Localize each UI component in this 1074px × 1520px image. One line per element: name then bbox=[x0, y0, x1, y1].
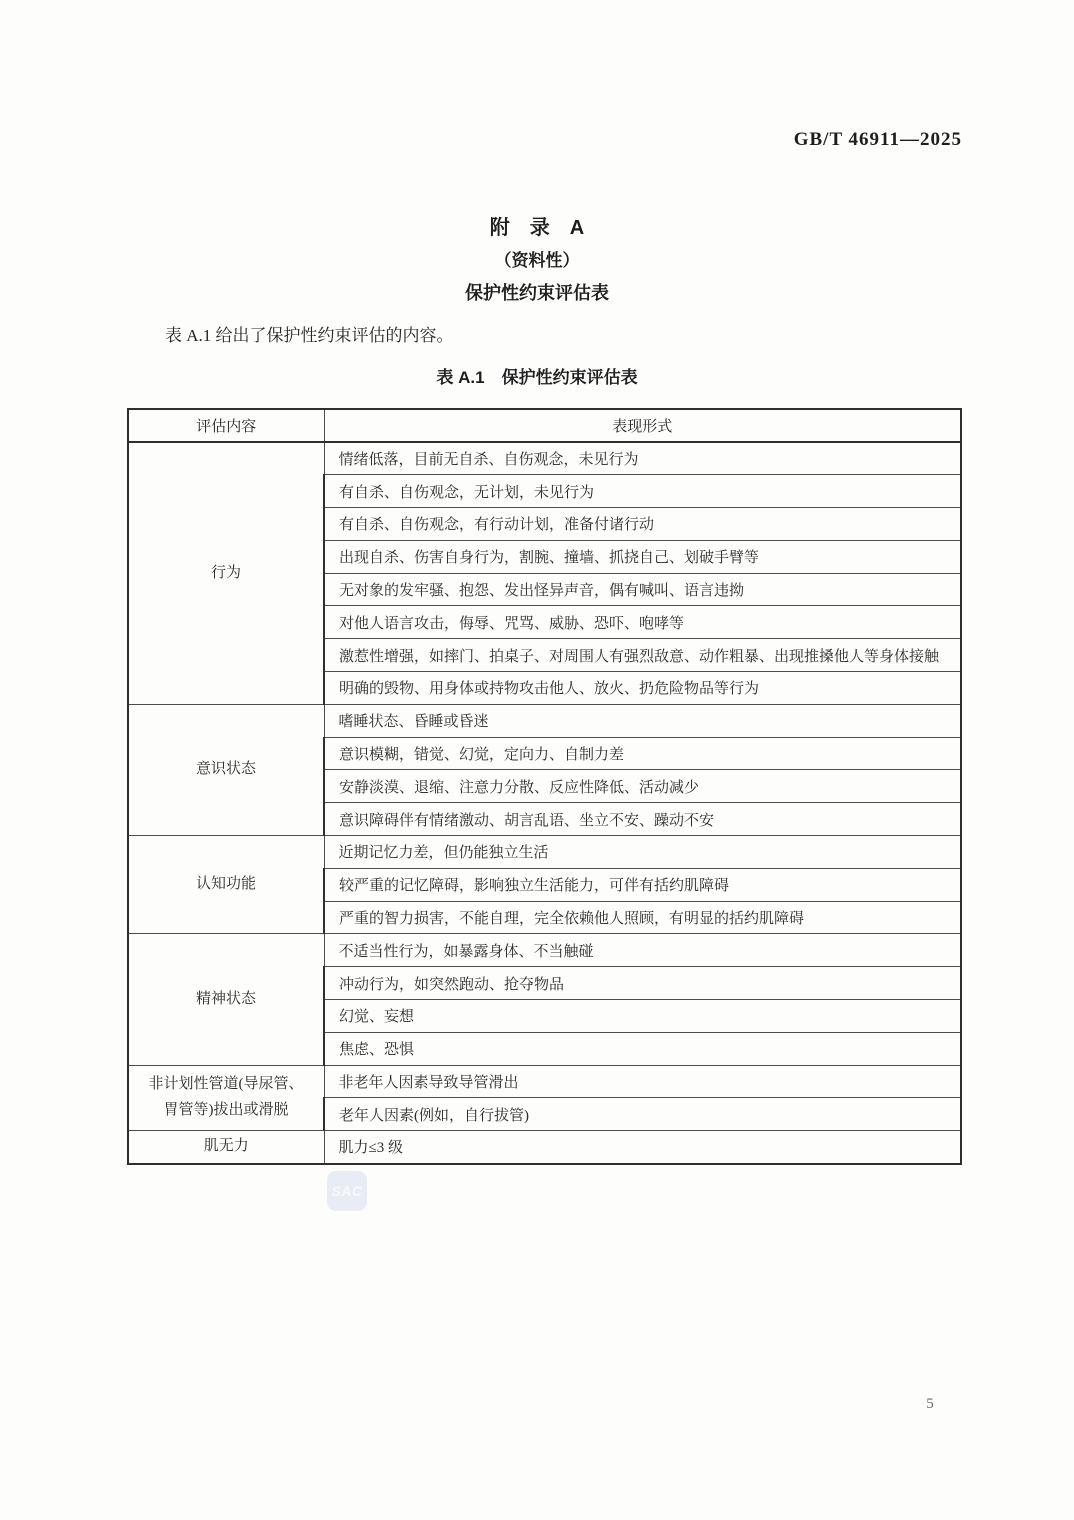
manifestation-cell: 明确的毁物、用身体或持物攻击他人、放火、扔危险物品等行为 bbox=[324, 672, 961, 705]
manifestation-cell: 老年人因素(例如，自行拔管) bbox=[324, 1098, 961, 1131]
category-cell: 非计划性管道(导尿管、胃管等)拔出或滑脱 bbox=[128, 1065, 324, 1131]
manifestation-cell: 有自杀、自伤观念，无计划，未见行为 bbox=[324, 475, 961, 508]
manifestation-cell: 嗜睡状态、昏睡或昏迷 bbox=[324, 704, 961, 737]
document-page: GB/T 46911—2025 附 录 A （资料性） 保护性约束评估表 表 A… bbox=[0, 0, 1074, 1520]
manifestation-cell: 意识障碍伴有情绪激动、胡言乱语、坐立不安、躁动不安 bbox=[324, 803, 961, 836]
table-row: 精神状态不适当性行为，如暴露身体、不当触碰 bbox=[128, 934, 961, 967]
manifestation-cell: 焦虑、恐惧 bbox=[324, 1032, 961, 1065]
col-header-assessment-content: 评估内容 bbox=[128, 409, 324, 442]
col-header-manifestation: 表现形式 bbox=[324, 409, 961, 442]
table-row: 意识状态嗜睡状态、昏睡或昏迷 bbox=[128, 704, 961, 737]
manifestation-cell: 非老年人因素导致导管滑出 bbox=[324, 1065, 961, 1098]
category-cell: 认知功能 bbox=[128, 836, 324, 934]
manifestation-cell: 近期记忆力差，但仍能独立生活 bbox=[324, 836, 961, 869]
manifestation-cell: 情绪低落，目前无自杀、自伤观念，未见行为 bbox=[324, 442, 961, 475]
intro-paragraph: 表 A.1 给出了保护性约束评估的内容。 bbox=[165, 321, 454, 346]
manifestation-cell: 严重的智力损害，不能自理，完全依赖他人照顾，有明显的括约肌障碍 bbox=[324, 901, 961, 934]
sac-watermark-label: SAC bbox=[331, 1183, 362, 1199]
table-row: 行为情绪低落，目前无自杀、自伤观念，未见行为 bbox=[128, 442, 961, 475]
manifestation-cell: 安静淡漠、退缩、注意力分散、反应性降低、活动减少 bbox=[324, 770, 961, 803]
manifestation-cell: 出现自杀、伤害自身行为，割腕、撞墙、抓挠自己、划破手臂等 bbox=[324, 540, 961, 573]
manifestation-cell: 对他人语言攻击，侮辱、咒骂、威胁、恐吓、咆哮等 bbox=[324, 606, 961, 639]
manifestation-cell: 幻觉、妄想 bbox=[324, 1000, 961, 1033]
manifestation-cell: 意识模糊，错觉、幻觉，定向力、自制力差 bbox=[324, 737, 961, 770]
manifestation-cell: 有自杀、自伤观念，有行动计划，准备付诸行动 bbox=[324, 508, 961, 541]
manifestation-cell: 不适当性行为，如暴露身体、不当触碰 bbox=[324, 934, 961, 967]
sac-watermark: SAC bbox=[327, 1171, 367, 1211]
appendix-label: 附 录 A bbox=[0, 211, 1074, 240]
manifestation-cell: 无对象的发牢骚、抱怨、发出怪异声音，偶有喊叫、语言违拗 bbox=[324, 573, 961, 606]
category-cell: 肌无力 bbox=[128, 1131, 324, 1164]
assessment-table: 评估内容 表现形式 行为情绪低落，目前无自杀、自伤观念，未见行为有自杀、自伤观念… bbox=[127, 408, 962, 1165]
table-row: 非计划性管道(导尿管、胃管等)拔出或滑脱非老年人因素导致导管滑出 bbox=[128, 1065, 961, 1098]
manifestation-cell: 肌力≤3 级 bbox=[324, 1131, 961, 1164]
standard-code: GB/T 46911—2025 bbox=[794, 129, 962, 151]
category-cell: 意识状态 bbox=[128, 704, 324, 835]
manifestation-cell: 较严重的记忆障碍，影响独立生活能力，可伴有括约肌障碍 bbox=[324, 868, 961, 901]
table-row: 肌无力肌力≤3 级 bbox=[128, 1131, 961, 1164]
informative-label: （资料性） bbox=[0, 246, 1074, 271]
manifestation-cell: 冲动行为，如突然跑动、抢夺物品 bbox=[324, 967, 961, 1000]
table-header-row: 评估内容 表现形式 bbox=[128, 409, 961, 442]
table-caption: 表 A.1 保护性约束评估表 bbox=[0, 363, 1074, 388]
manifestation-cell: 激惹性增强，如摔门、拍桌子、对周围人有强烈敌意、动作粗暴、出现推搡他人等身体接触 bbox=[324, 639, 961, 672]
table-row: 认知功能近期记忆力差，但仍能独立生活 bbox=[128, 836, 961, 869]
page-number: 5 bbox=[900, 1396, 960, 1413]
category-cell: 精神状态 bbox=[128, 934, 324, 1065]
appendix-title: 保护性约束评估表 bbox=[0, 279, 1074, 305]
category-cell: 行为 bbox=[128, 442, 324, 704]
